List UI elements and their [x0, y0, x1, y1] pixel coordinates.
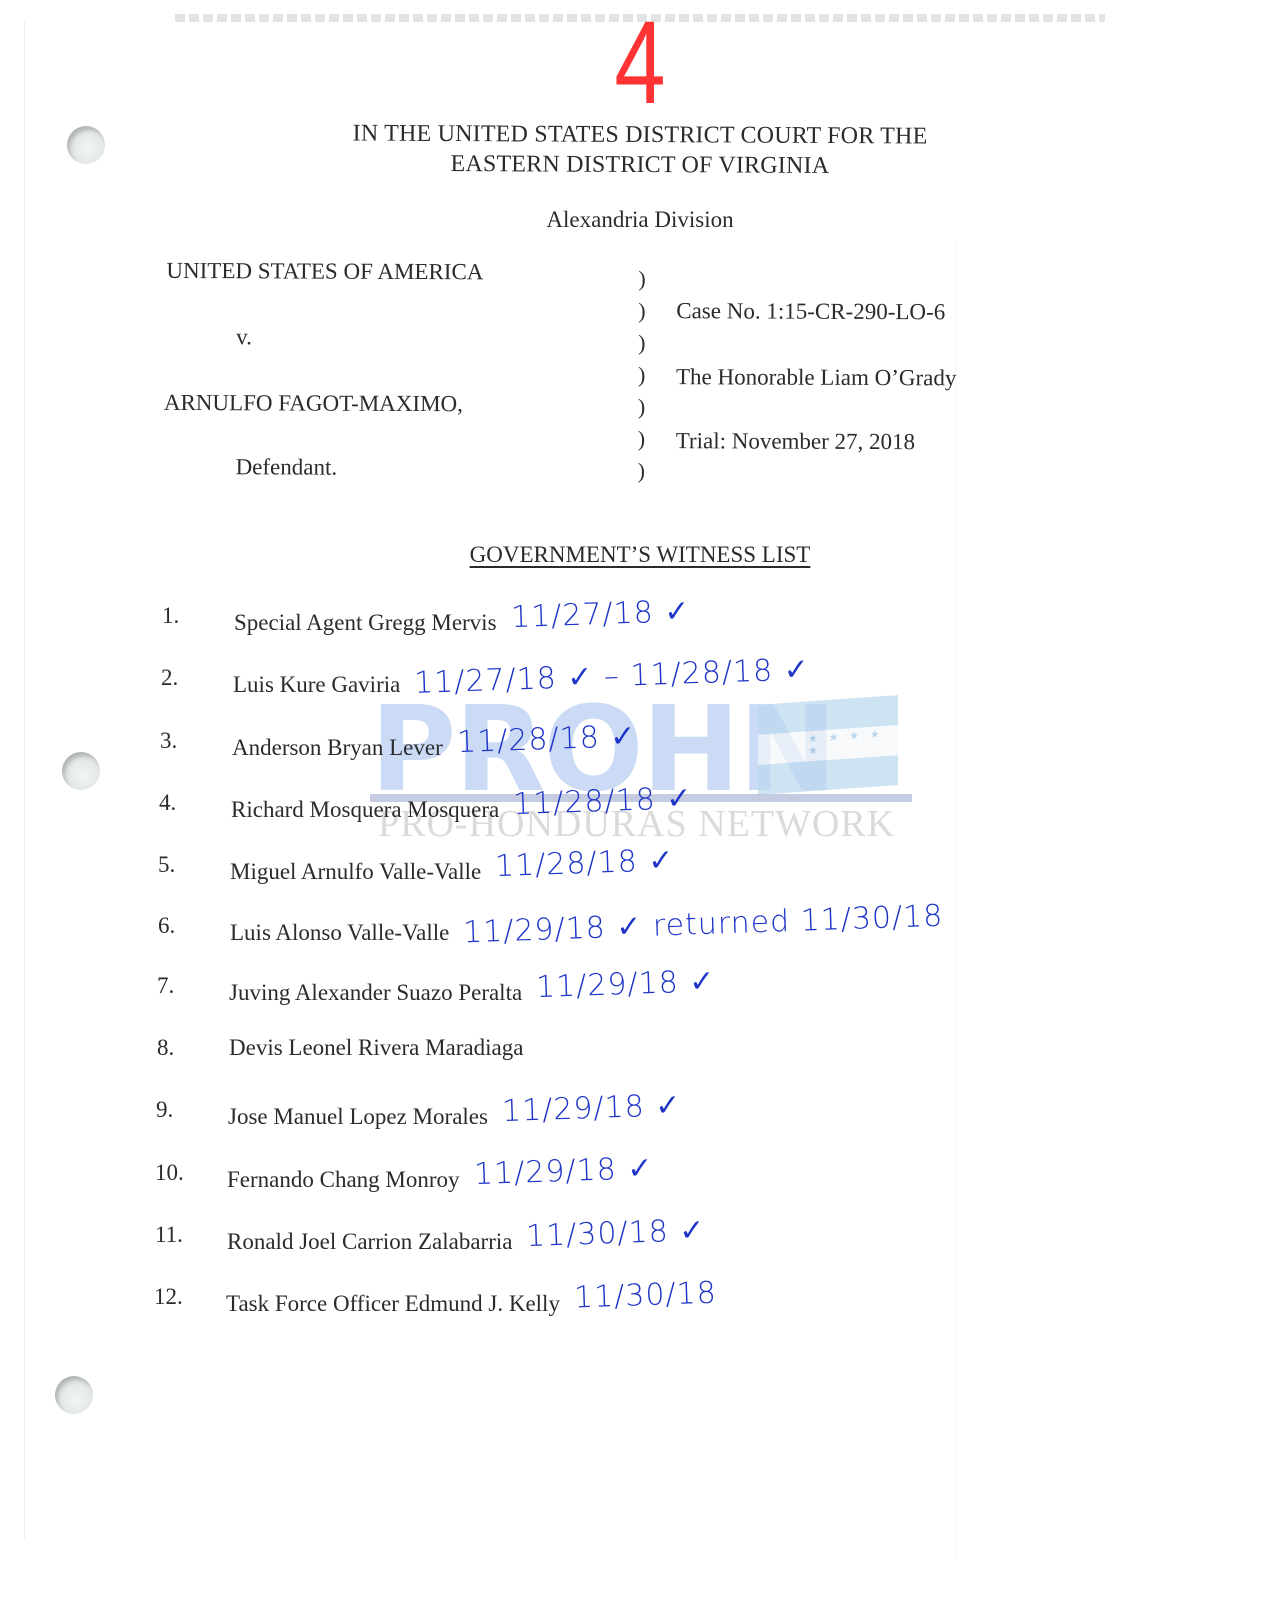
witness-number: 7. — [157, 973, 174, 999]
witness-name: Task Force Officer Edmund J. Kelly11/30/… — [226, 1284, 717, 1319]
witness-name: Ronald Joel Carrion Zalabarria11/30/18 ✓ — [227, 1222, 706, 1257]
witness-name: Juving Alexander Suazo Peralta11/29/18 ✓ — [229, 973, 716, 1008]
caption-paren: ) — [638, 362, 645, 388]
witness-name: Luis Kure Gaviria11/27/18 ✓ – 11/28/18 ✓ — [233, 665, 810, 700]
punch-hole-icon — [62, 752, 100, 790]
witness-number: 2. — [161, 665, 178, 691]
judge: The Honorable Liam O’Grady — [676, 364, 956, 391]
witness-number: 9. — [156, 1097, 173, 1123]
witness-name-text: Luis Kure Gaviria — [233, 672, 400, 697]
handwritten-annotation: 11/29/18 ✓ returned 11/30/18 — [463, 899, 944, 951]
handwritten-annotation: 11/28/18 ✓ — [513, 781, 694, 822]
witness-number: 4. — [159, 790, 176, 816]
defendant-label: Defendant. — [236, 454, 338, 480]
handwritten-annotation: 11/30/18 — [573, 1276, 717, 1316]
witness-name: Richard Mosquera Mosquera11/28/18 ✓ — [231, 790, 693, 825]
witness-name-text: Devis Leonel Rivera Maradiaga — [229, 1035, 523, 1060]
witness-name-text: Juving Alexander Suazo Peralta — [229, 980, 522, 1005]
witness-name: Special Agent Gregg Mervis11/27/18 ✓ — [234, 603, 690, 638]
witness-name: Luis Alonso Valle-Valle11/29/18 ✓ return… — [230, 913, 944, 948]
witness-list-title: GOVERNMENT’S WITNESS LIST — [0, 542, 1280, 568]
caption-paren: ) — [638, 458, 645, 484]
witness-number: 3. — [160, 728, 177, 754]
caption-paren: ) — [638, 426, 645, 452]
watermark: PROHN ★ ★ ★ ★ ★ PRO-HONDURAS NETWORK — [370, 690, 930, 850]
court-line-2: EASTERN DISTRICT OF VIRGINIA — [0, 147, 1280, 184]
witness-name: Jose Manuel Lopez Morales11/29/18 ✓ — [228, 1097, 681, 1132]
witness-name-text: Fernando Chang Monroy — [227, 1167, 460, 1192]
caption-paren: ) — [638, 394, 645, 420]
page-left-edge — [24, 20, 25, 1540]
witness-number: 6. — [158, 913, 175, 939]
honduras-flag-icon: ★ ★ ★ ★ ★ — [758, 695, 898, 795]
versus: v. — [236, 324, 252, 350]
handwritten-annotation: 11/30/18 ✓ — [526, 1213, 707, 1254]
case-caption: UNITED STATES OF AMERICA v. ARNULFO FAGO… — [0, 255, 1280, 501]
page-marker: 4 — [141, 4, 1139, 122]
handwritten-annotation: 11/28/18 ✓ — [495, 843, 676, 884]
witness-name-text: Jose Manuel Lopez Morales — [228, 1104, 488, 1129]
witness-number: 10. — [155, 1160, 184, 1186]
witness-number: 5. — [158, 852, 175, 878]
court-heading: IN THE UNITED STATES DISTRICT COURT FOR … — [0, 117, 1280, 184]
witness-name: Fernando Chang Monroy11/29/18 ✓ — [227, 1160, 653, 1195]
handwritten-annotation: 11/29/18 ✓ — [473, 1151, 654, 1192]
punch-hole-icon — [55, 1376, 93, 1414]
witness-name-text: Task Force Officer Edmund J. Kelly — [226, 1291, 560, 1316]
caption-paren: ) — [638, 266, 645, 292]
witness-number: 8. — [157, 1035, 174, 1061]
handwritten-annotation: 11/27/18 ✓ – 11/28/18 ✓ — [414, 652, 811, 701]
star-icon: ★ ★ ★ ★ ★ — [808, 727, 898, 757]
witness-name-text: Special Agent Gregg Mervis — [234, 610, 497, 635]
caption-paren: ) — [638, 298, 645, 324]
handwritten-annotation: 11/29/18 ✓ — [501, 1088, 682, 1129]
witness-name: Anderson Bryan Lever11/28/18 ✓ — [232, 728, 636, 763]
witness-name-text: Anderson Bryan Lever — [232, 735, 443, 760]
trial-date: Trial: November 27, 2018 — [676, 428, 915, 455]
witness-number: 12. — [154, 1284, 183, 1310]
handwritten-annotation: 11/28/18 ✓ — [456, 719, 637, 760]
witness-name-text: Luis Alonso Valle-Valle — [230, 920, 449, 945]
plaintiff: UNITED STATES OF AMERICA — [166, 258, 483, 285]
division: Alexandria Division — [0, 207, 1280, 233]
defendant-name: ARNULFO FAGOT-MAXIMO, — [164, 390, 463, 417]
handwritten-annotation: 11/27/18 ✓ — [510, 594, 691, 635]
witness-name: Miguel Arnulfo Valle-Valle11/28/18 ✓ — [230, 852, 675, 887]
witness-name-text: Ronald Joel Carrion Zalabarria — [227, 1229, 512, 1254]
witness-number: 1. — [162, 603, 179, 629]
witness-name-text: Richard Mosquera Mosquera — [231, 797, 499, 822]
witness-name: Devis Leonel Rivera Maradiaga — [229, 1035, 537, 1061]
caption-paren: ) — [638, 330, 645, 356]
case-number: Case No. 1:15-CR-290-LO-6 — [676, 298, 945, 325]
witness-number: 11. — [155, 1222, 183, 1248]
witness-name-text: Miguel Arnulfo Valle-Valle — [230, 859, 481, 884]
handwritten-annotation: 11/29/18 ✓ — [536, 964, 717, 1005]
